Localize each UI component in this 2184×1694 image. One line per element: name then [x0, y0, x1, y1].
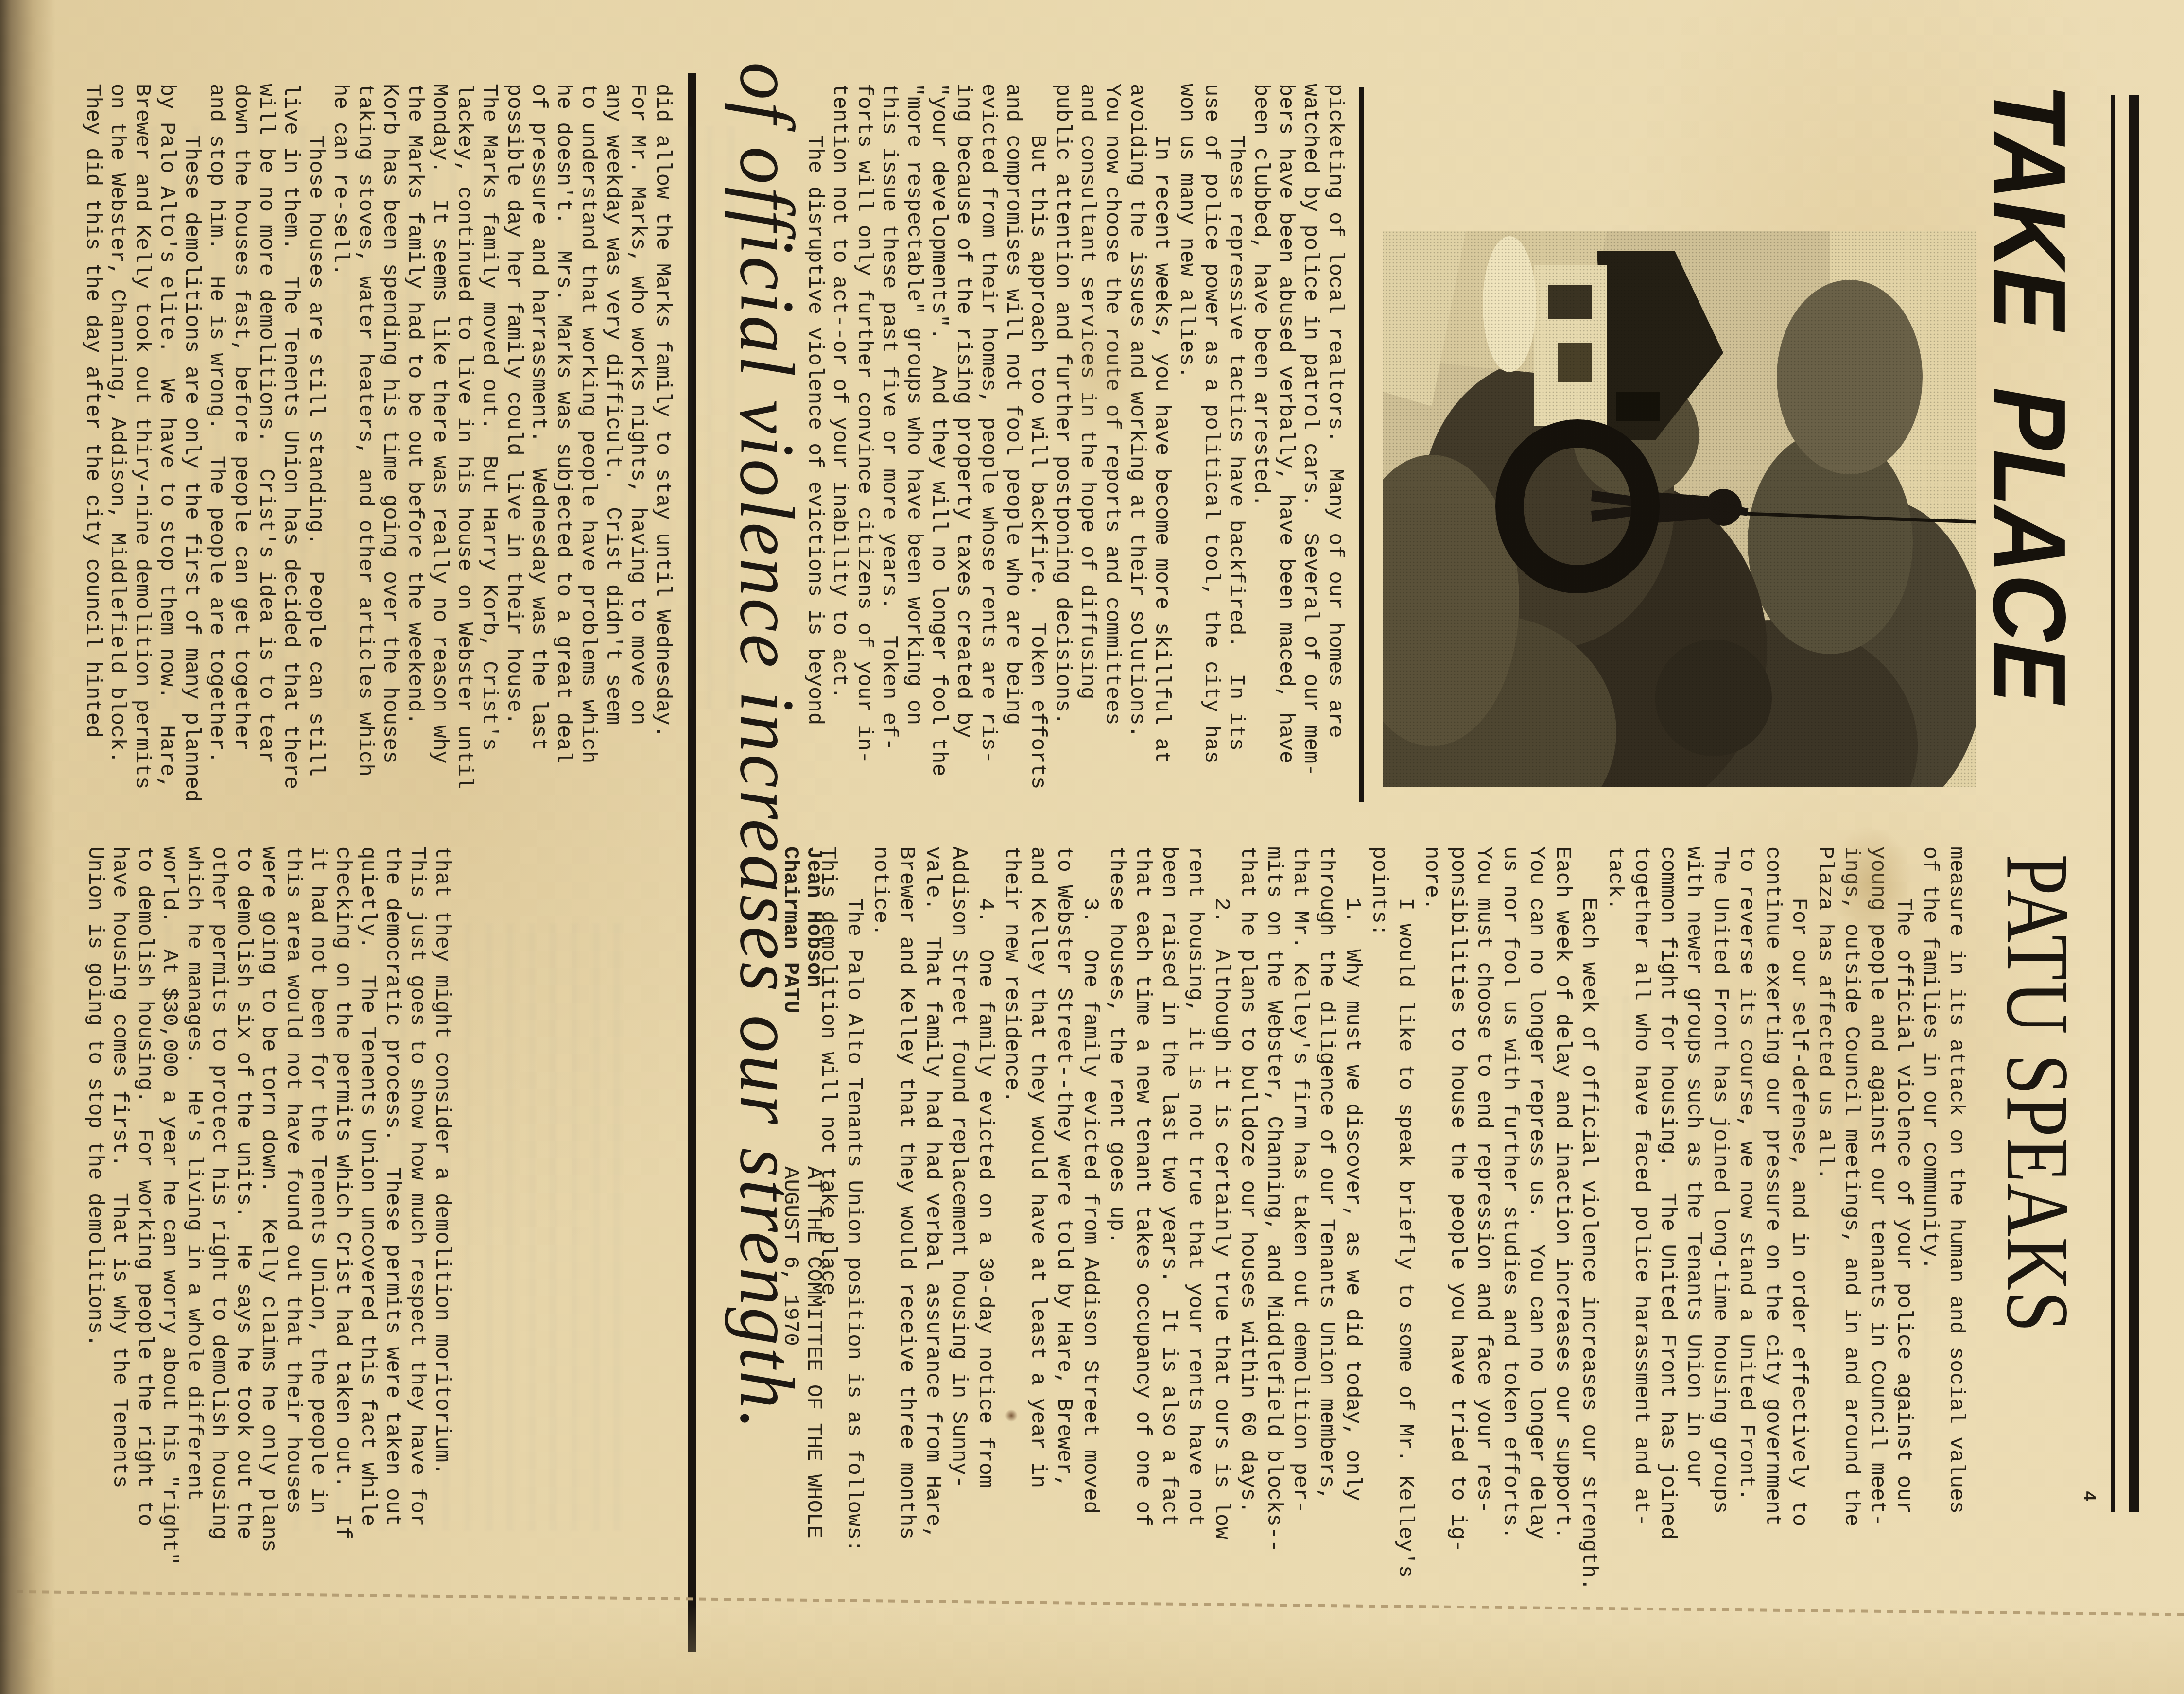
masthead-rule-thin — [2111, 95, 2115, 1512]
text-line: to demolish six of the units. He says he… — [231, 847, 256, 1561]
text-line: This just goes to show how much respect … — [404, 847, 429, 1561]
text-line: You now choose the route of reports and … — [1099, 84, 1124, 803]
text-line: "more respectable" groups who have been … — [901, 84, 926, 803]
text-line: Union is going to stop the demolitions. — [82, 847, 107, 1561]
tire-swing-photo-image — [1383, 231, 1976, 787]
text-line: that he plans to bulldoze our houses wit… — [1234, 847, 1261, 1556]
newspaper-page: 4 TAKE PLACE PATU SPEAKS — [0, 0, 2184, 1694]
text-line: the Marks family had to be out before th… — [402, 84, 427, 803]
photo-tire-swing — [1383, 231, 1976, 787]
text-line: ing because of the rising property taxes… — [951, 84, 975, 803]
text-line: The official violence of your police aga… — [1890, 847, 1917, 1556]
text-line: watched by police in patrol cars. Severa… — [1298, 84, 1322, 803]
text-line: 1. Why must we discover, as we did today… — [1339, 847, 1366, 1556]
text-line: to reverse its course, we now stand a Un… — [1733, 847, 1759, 1556]
text-line: did allow the Marks family to stay until… — [650, 84, 675, 803]
text-line: that Mr. Kelley's firm has taken out dem… — [1287, 847, 1313, 1556]
page-edge-right-margin — [0, 1605, 2184, 1694]
text-line: public attention and further postponing … — [1050, 84, 1075, 803]
text-line: this issue these past five or more years… — [876, 84, 901, 803]
text-line: Brewer and Kelley that they would receiv… — [893, 847, 919, 1556]
text-line: 2. Although it is certainly true that ou… — [1208, 847, 1234, 1556]
text-line: vale. That family had had verbal assuran… — [919, 847, 946, 1556]
text-line: together all who have faced police haras… — [1628, 847, 1654, 1556]
text-line: I would like to speak briefly to some of… — [1392, 847, 1418, 1556]
text-line: tack. — [1602, 847, 1628, 1556]
text-line: forts will only further convince citizen… — [851, 84, 876, 803]
text-line: any weekday was very difficult. Crist di… — [600, 84, 625, 803]
text-line: to Webster Street--they were told by Har… — [1051, 847, 1077, 1556]
text-line: through the diligence of our Tenants Uni… — [1313, 847, 1339, 1556]
text-line: on the Webster, Channing, Addison, Middl… — [104, 84, 129, 803]
scanned-newspaper-page: 4 TAKE PLACE PATU SPEAKS — [0, 0, 2184, 1694]
text-line: of pressure and harrassment. Wednesday w… — [526, 84, 551, 803]
text-line: the democratic process. These permits we… — [380, 847, 404, 1561]
text-line: that each time a new tenant takes occupa… — [1129, 847, 1156, 1556]
headline-take-place: TAKE PLACE — [1970, 95, 2089, 785]
text-line: But this approach too will backfire. Tok… — [1025, 84, 1050, 803]
text-line: The Marks family moved out. But Harry Ko… — [476, 84, 501, 803]
text-line: 3. One family evicted from Addison Stree… — [1077, 847, 1103, 1556]
text-line: common fight for housing. The United Fro… — [1654, 847, 1681, 1556]
text-line: young people and against our tenants in … — [1864, 847, 1890, 1556]
text-line: notice. — [867, 847, 893, 1556]
pull-quote-rule — [688, 73, 696, 1652]
text-line: You must choose to end repression and fa… — [1471, 847, 1497, 1556]
text-line: it had not been for the Tenents Union, t… — [305, 847, 330, 1561]
text-line: Brewer and Kelly took out thiry-nine dem… — [129, 84, 154, 803]
text-line: The Palo Alto Tenants Union position is … — [841, 847, 867, 1556]
text-line: us nor fool us with further studies and … — [1497, 847, 1523, 1556]
text-line: been raised in the last two years. It is… — [1156, 847, 1182, 1556]
text-line: of the families in our community. — [1917, 847, 1943, 1556]
text-line: and Kelley that they would have at least… — [1024, 847, 1051, 1556]
text-line: bers have been abused verbally, have bee… — [1273, 84, 1298, 803]
text-line: to understand that working people have p… — [575, 84, 600, 803]
text-line: checking on the permits which Crist had … — [330, 847, 355, 1561]
text-line: he can re-sell. — [328, 84, 352, 803]
text-line: ings, outside Council meetings, and in a… — [1838, 847, 1864, 1556]
text-line: and stop him. He is wrong. The people ar… — [204, 84, 228, 803]
text-line: and compromises will not fool people who… — [1000, 84, 1025, 803]
text-line: The United Front has joined long-time ho… — [1707, 847, 1733, 1556]
text-line: and consultant services in the hope of d… — [1075, 84, 1099, 803]
text-line: by Palo Alto's elite. We have to stop th… — [154, 84, 179, 803]
text-line: For Mr. Marks, who works nights, having … — [625, 84, 650, 803]
text-line: For our self-defense, and in order effec… — [1785, 847, 1812, 1556]
text-line: won us many new allies. — [1174, 84, 1198, 803]
text-line: evicted from their homes, people whose r… — [975, 84, 1000, 803]
article-column-right: that they might consider a demolition mo… — [82, 847, 454, 1561]
article-column-left: did allow the Marks family to stay until… — [80, 84, 675, 803]
text-line: will be no more demolitions. Crist's ide… — [253, 84, 278, 803]
text-line: Addison Street found replacement housing… — [946, 847, 972, 1556]
masthead-rule-thick — [2129, 95, 2139, 1512]
text-line: In recent weeks, you have become more sk… — [1149, 84, 1174, 803]
text-line: use of police power as a political tool,… — [1198, 84, 1223, 803]
photo-cutoff-rule — [1359, 87, 1364, 802]
text-line: Each week of official violence increases… — [1576, 847, 1602, 1556]
text-line: world. At $30,000 a year he can worry ab… — [156, 847, 181, 1561]
text-line: taking stoves, water heaters, and other … — [352, 84, 377, 803]
text-line: these houses, the rent goes up. — [1103, 847, 1129, 1556]
text-line: 4. One family evicted on a 30-day notice… — [972, 847, 998, 1556]
text-line: Each week of delay and inaction increase… — [1549, 847, 1576, 1556]
text-line: possible day her family could live in th… — [501, 84, 526, 803]
text-line: picketing of local realtors. Many of our… — [1322, 84, 1347, 803]
text-line: measure in its attack on the human and s… — [1943, 847, 1969, 1556]
text-line: Monday. It seems like there was really n… — [427, 84, 451, 803]
text-line: he doesn't. Mrs. Marks was subjected to … — [551, 84, 575, 803]
text-line: their new residence. — [998, 847, 1024, 1556]
text-line: been clubbed, have been arrested. — [1248, 84, 1273, 803]
text-line: These demolitions are only the first of … — [179, 84, 204, 803]
pull-quote-headline: of official violence increases our stren… — [722, 62, 811, 1460]
text-line: points: — [1366, 847, 1392, 1556]
text-line: avoiding the issues and working at their… — [1124, 84, 1149, 803]
text-line: down the houses fast, before people can … — [228, 84, 253, 803]
text-line: Korb has been spending his time going ov… — [377, 84, 402, 803]
text-line: this area would not have found out that … — [280, 847, 305, 1561]
text-line: "your developments". And they will no lo… — [926, 84, 951, 803]
headline-patu-speaks: PATU SPEAKS — [1991, 854, 2089, 1411]
text-line: quietly. The Tenents Union uncovered thi… — [355, 847, 380, 1561]
text-line: to demolish housing. For working people … — [132, 847, 156, 1561]
letter-column-left: picketing of local realtors. Many of our… — [802, 84, 1347, 803]
text-line: lackey, continued to live in his house o… — [451, 84, 476, 803]
text-line: These repressive tactics have backfired.… — [1223, 84, 1248, 803]
text-line: tention not to act--or of your inability… — [827, 84, 851, 803]
text-line: with newer groups such as the Tenants Un… — [1681, 847, 1707, 1556]
letter-column-right: measure in its attack on the human and s… — [815, 847, 1969, 1556]
text-line: They did this the day after the city cou… — [80, 84, 104, 803]
text-line: continue exerting our pressure on the ci… — [1759, 847, 1785, 1556]
text-line: live in them. The Tenents Union has deci… — [278, 84, 303, 803]
page-bottom-edge — [0, 0, 55, 1694]
text-line: were going to be torn down. Kelly claims… — [256, 847, 280, 1561]
page-number: 4 — [2079, 1491, 2098, 1502]
text-line: which he manages. He's living in a whole… — [181, 847, 206, 1561]
text-line: other permits to protect his right to de… — [206, 847, 231, 1561]
text-line: rent housing, it is not true that your r… — [1182, 847, 1208, 1556]
text-line: ponsibilities to house the people you ha… — [1444, 847, 1471, 1556]
text-line: You can no longer repress us. You can no… — [1523, 847, 1549, 1556]
text-line: Plaza has affected us all. — [1812, 847, 1838, 1556]
text-line: that they might consider a demolition mo… — [429, 847, 454, 1561]
text-line: Those houses are still standing. People … — [303, 84, 328, 803]
text-line: have housing comes first. That is why th… — [107, 847, 132, 1561]
text-line: mits on the Webster, Channing, and Middl… — [1261, 847, 1287, 1556]
text-line: nore. — [1418, 847, 1444, 1556]
